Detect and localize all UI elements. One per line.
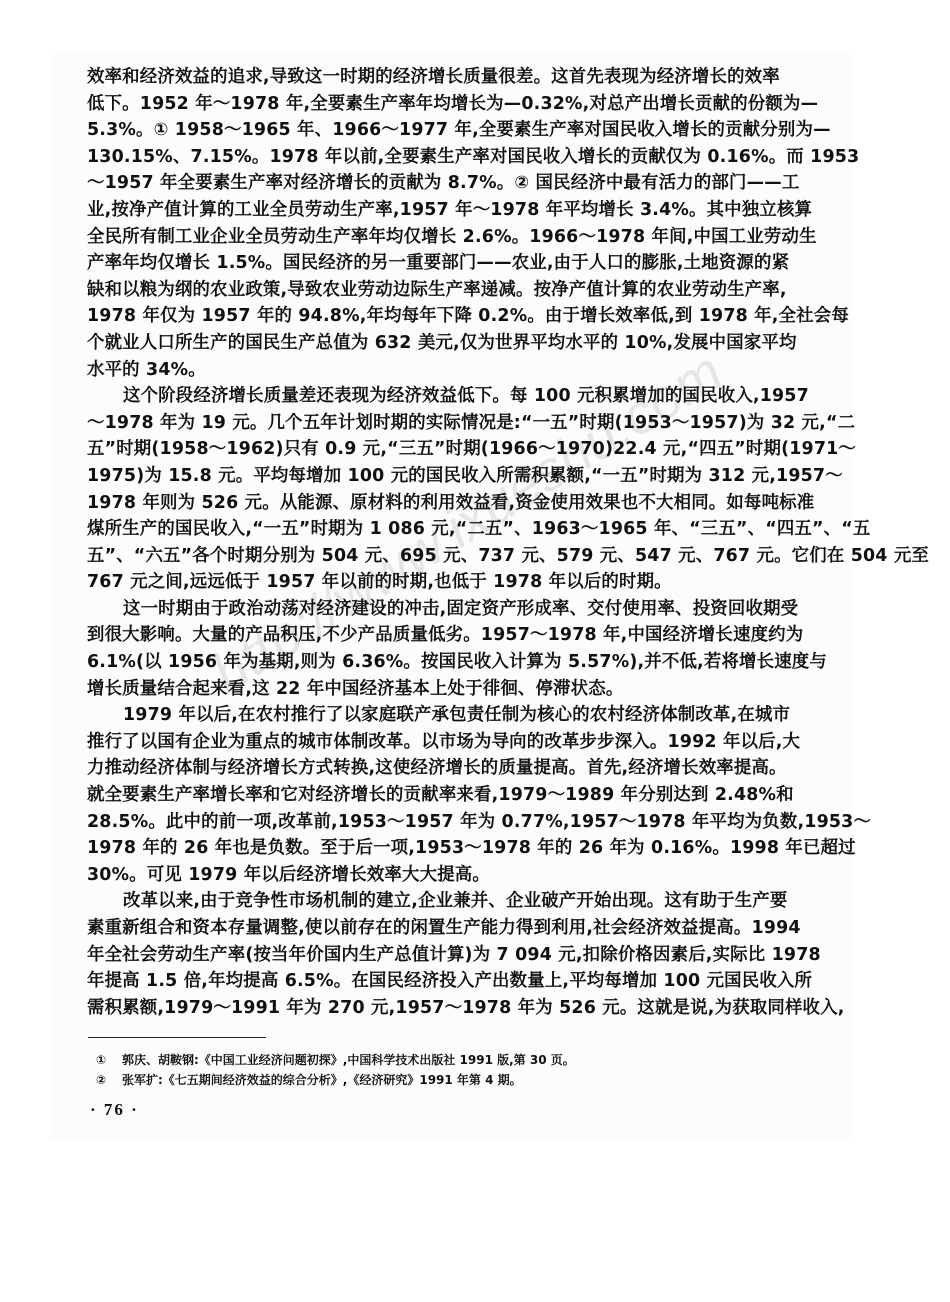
text-line: 全民所有制工业企业全员劳动生产率年均仅增长 2.6%。1966～1978 年间,… bbox=[87, 224, 799, 251]
text-line: 年提高 1.5 倍,年均提高 6.5%。在国民经济投入产出数量上,平均每增加 1… bbox=[87, 968, 799, 995]
text-line: 效率和经济效益的追求,导致这一时期的经济增长质量很差。这首先表现为经济增长的效率 bbox=[87, 64, 799, 91]
text-line: 改革以来,由于竞争性市场机制的建立,企业兼并、企业破产开始出现。这有助于生产要 bbox=[87, 888, 799, 915]
text-line: 1978 年则为 526 元。从能源、原材料的利用效益看,资金使用效果也不大相同… bbox=[87, 490, 799, 517]
text-line: ～1978 年为 19 元。几个五年计划时期的实际情况是:“一五”时期(1953… bbox=[87, 410, 799, 437]
text-line: 低下。1952 年～1978 年,全要素生产率年均增长为—0.32%,对总产出增… bbox=[87, 91, 799, 118]
text-line: 5.3%。① 1958～1965 年、1966～1977 年,全要素生产率对国民… bbox=[87, 117, 799, 144]
text-line: 这一时期由于政治动荡对经济建设的冲击,固定资产形成率、交付使用率、投资回收期受 bbox=[87, 596, 799, 623]
text-line: 需积累额,1979～1991 年为 270 元,1957～1978 年为 526… bbox=[87, 995, 799, 1022]
text-line: 产率年均仅增长 1.5%。国民经济的另一重要部门——农业,由于人口的膨胀,土地资… bbox=[87, 250, 799, 277]
text-line: 增长质量结合起来看,这 22 年中国经济基本上处于徘徊、停滞状态。 bbox=[87, 676, 799, 703]
text-line: 这个阶段经济增长质量差还表现为经济效益低下。每 100 元积累增加的国民收入,1… bbox=[87, 383, 799, 410]
footnote-1: ①郭庆、胡鞍钢:《中国工业经济问题初探》,中国科学技术出版社 1991 版,第 … bbox=[96, 1050, 575, 1070]
text-line: 1978 年仅为 1957 年的 94.8%,年均每年下降 0.2%。由于增长效… bbox=[87, 303, 799, 330]
footnotes: ①郭庆、胡鞍钢:《中国工业经济问题初探》,中国科学技术出版社 1991 版,第 … bbox=[96, 1050, 575, 1090]
footnote-2-mark: ② bbox=[96, 1070, 122, 1090]
text-line: 五”、“六五”各个时期分别为 504 元、695 元、737 元、579 元、5… bbox=[87, 543, 799, 570]
text-line: 力推动经济体制与经济增长方式转换,这使经济增长的质量提高。首先,经济增长效率提高… bbox=[87, 755, 799, 782]
footnote-divider bbox=[88, 1037, 266, 1038]
text-line: 煤所生产的国民收入,“一五”时期为 1 086 元,“二五”、1963～1965… bbox=[87, 516, 799, 543]
footnote-2-text: 张军扩:《七五期间经济效益的综合分析》,《经济研究》1991 年第 4 期。 bbox=[122, 1073, 522, 1087]
text-line: 五”时期(1958～1962)只有 0.9 元,“三五”时期(1966～1970… bbox=[87, 436, 799, 463]
text-line: 30%。可见 1979 年以后经济增长效率大大提高。 bbox=[87, 862, 799, 889]
text-line: 1978 年的 26 年也是负数。至于后一项,1953～1978 年的 26 年… bbox=[87, 835, 799, 862]
body-text: 效率和经济效益的追求,导致这一时期的经济增长质量很差。这首先表现为经济增长的效率… bbox=[87, 64, 799, 1021]
text-line: 就全要素生产率增长率和它对经济增长的贡献率来看,1979～1989 年分别达到 … bbox=[87, 782, 799, 809]
text-line: 1975)为 15.8 元。平均每增加 100 元的国民收入所需积累额,“一五”… bbox=[87, 463, 799, 490]
text-line: 年全社会劳动生产率(按当年价国内生产总值计算)为 7 094 元,扣除价格因素后… bbox=[87, 942, 799, 969]
text-line: 缺和以粮为纲的农业政策,导致农业劳动边际生产率递减。按净产值计算的农业劳动生产率… bbox=[87, 277, 799, 304]
text-line: 28.5%。此中的前一项,改革前,1953～1957 年为 0.77%,1957… bbox=[87, 809, 799, 836]
text-line: 水平的 34%。 bbox=[87, 357, 799, 384]
footnote-2: ②张军扩:《七五期间经济效益的综合分析》,《经济研究》1991 年第 4 期。 bbox=[96, 1070, 575, 1090]
text-line: 767 元之间,远远低于 1957 年以前的时期,也低于 1978 年以后的时期… bbox=[87, 569, 799, 596]
footnote-1-text: 郭庆、胡鞍钢:《中国工业经济问题初探》,中国科学技术出版社 1991 版,第 3… bbox=[122, 1053, 575, 1067]
footnote-1-mark: ① bbox=[96, 1050, 122, 1070]
text-line: 推行了以国有企业为重点的城市体制改革。以市场为导向的改革步步深入。1992 年以… bbox=[87, 729, 799, 756]
text-line: ～1957 年全要素生产率对经济增长的贡献为 8.7%。② 国民经济中最有活力的… bbox=[87, 170, 799, 197]
text-line: 130.15%、7.15%。1978 年以前,全要素生产率对国民收入增长的贡献仅… bbox=[87, 144, 799, 171]
text-line: 1979 年以后,在农村推行了以家庭联产承包责任制为核心的农村经济体制改革,在城… bbox=[87, 702, 799, 729]
text-line: 素重新组合和资本存量调整,使以前存在的闲置生产能力得到利用,社会经济效益提高。1… bbox=[87, 915, 799, 942]
scanned-page: http://www.ixueshu.com 效率和经济效益的追求,导致这一时期… bbox=[50, 50, 850, 1140]
page-number: · 76 · bbox=[90, 1100, 139, 1120]
text-line: 6.1%(以 1956 年为基期,则为 6.36%。按国民收入计算为 5.57%… bbox=[87, 649, 799, 676]
text-line: 到很大影响。大量的产品积压,不少产品质量低劣。1957～1978 年,中国经济增… bbox=[87, 622, 799, 649]
text-line: 业,按净产值计算的工业全员劳动生产率,1957 年～1978 年平均增长 3.4… bbox=[87, 197, 799, 224]
text-line: 个就业人口所生产的国民生产总值为 632 美元,仅为世界平均水平的 10%,发展… bbox=[87, 330, 799, 357]
